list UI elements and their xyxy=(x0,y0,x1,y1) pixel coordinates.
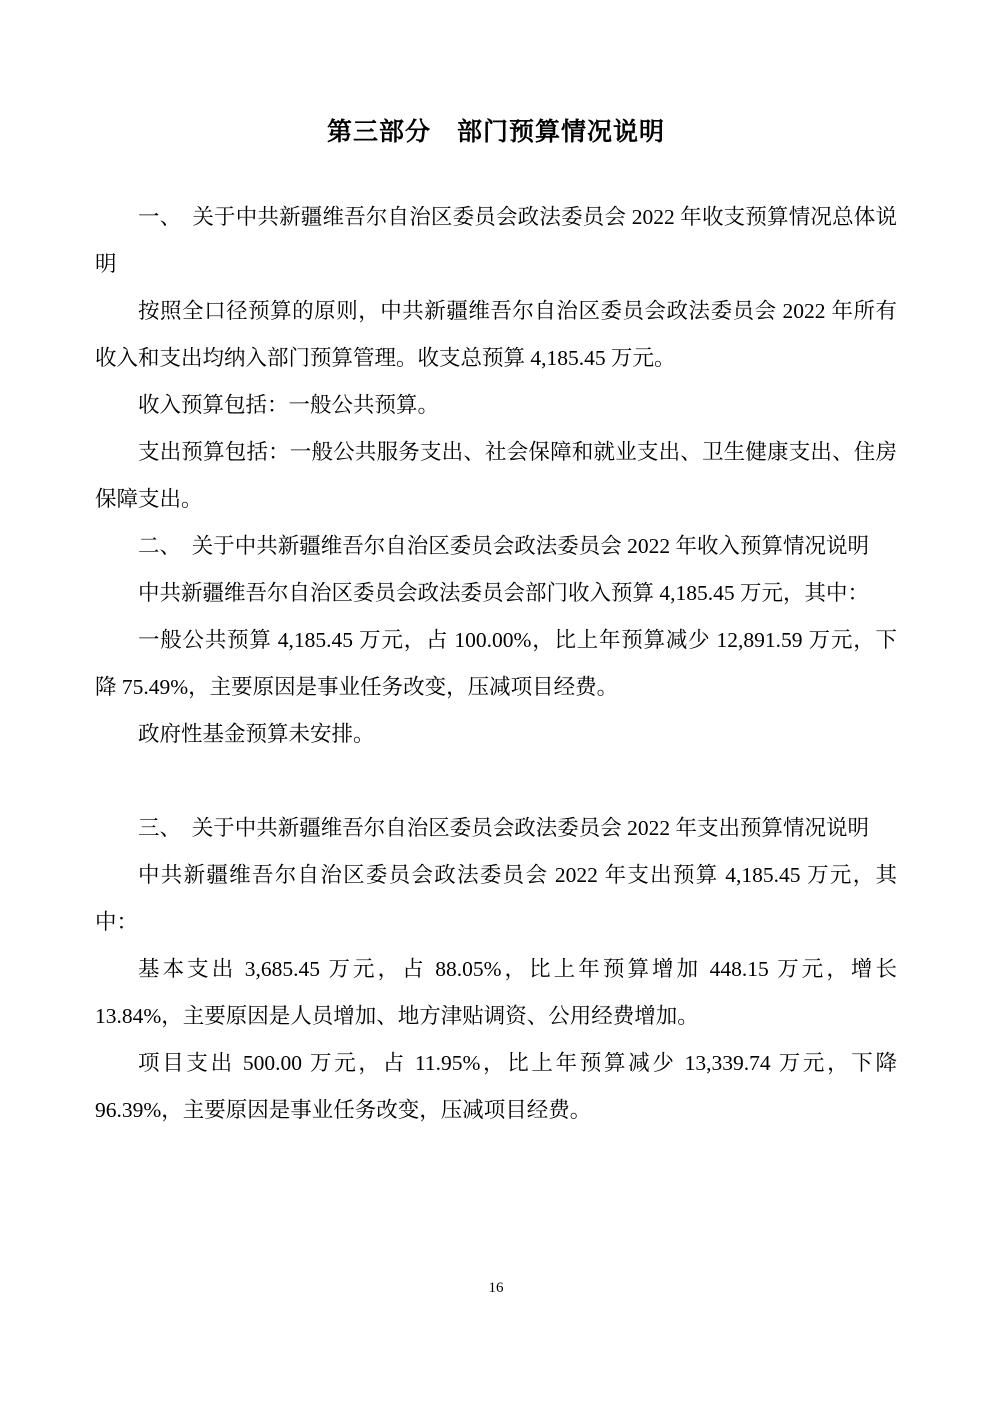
document-title: 第三部分 部门预算情况说明 xyxy=(0,0,992,148)
document-page: 第三部分 部门预算情况说明 一、 关于中共新疆维吾尔自治区委员会政法委员会 20… xyxy=(0,0,992,1403)
government-fund-note: 政府性基金预算未安排。 xyxy=(95,711,897,758)
blank-line xyxy=(95,758,897,805)
section-1-overview: 按照全口径预算的原则，中共新疆维吾尔自治区委员会政法委员会 2022 年所有收入… xyxy=(95,288,897,382)
section-3-heading: 三、 关于中共新疆维吾尔自治区委员会政法委员会 2022 年支出预算情况说明 xyxy=(95,805,897,852)
basic-expense-detail: 基本支出 3,685.45 万元，占 88.05%，比上年预算增加 448.15… xyxy=(95,946,897,1040)
section-1-heading: 一、 关于中共新疆维吾尔自治区委员会政法委员会 2022 年收支预算情况总体说明 xyxy=(95,194,897,288)
income-budget-total: 中共新疆维吾尔自治区委员会政法委员会部门收入预算 4,185.45 万元，其中： xyxy=(95,570,897,617)
page-number: 16 xyxy=(0,1278,992,1298)
project-expense-detail: 项目支出 500.00 万元，占 11.95%，比上年预算减少 13,339.7… xyxy=(95,1040,897,1134)
section-2-heading: 二、 关于中共新疆维吾尔自治区委员会政法委员会 2022 年收入预算情况说明 xyxy=(95,523,897,570)
expense-budget-includes: 支出预算包括：一般公共服务支出、社会保障和就业支出、卫生健康支出、住房保障支出。 xyxy=(95,429,897,523)
income-budget-includes: 收入预算包括：一般公共预算。 xyxy=(95,382,897,429)
document-body: 一、 关于中共新疆维吾尔自治区委员会政法委员会 2022 年收支预算情况总体说明… xyxy=(95,194,897,1134)
expense-budget-total: 中共新疆维吾尔自治区委员会政法委员会 2022 年支出预算 4,185.45 万… xyxy=(95,852,897,946)
general-public-budget: 一般公共预算 4,185.45 万元，占 100.00%，比上年预算减少 12,… xyxy=(95,617,897,711)
